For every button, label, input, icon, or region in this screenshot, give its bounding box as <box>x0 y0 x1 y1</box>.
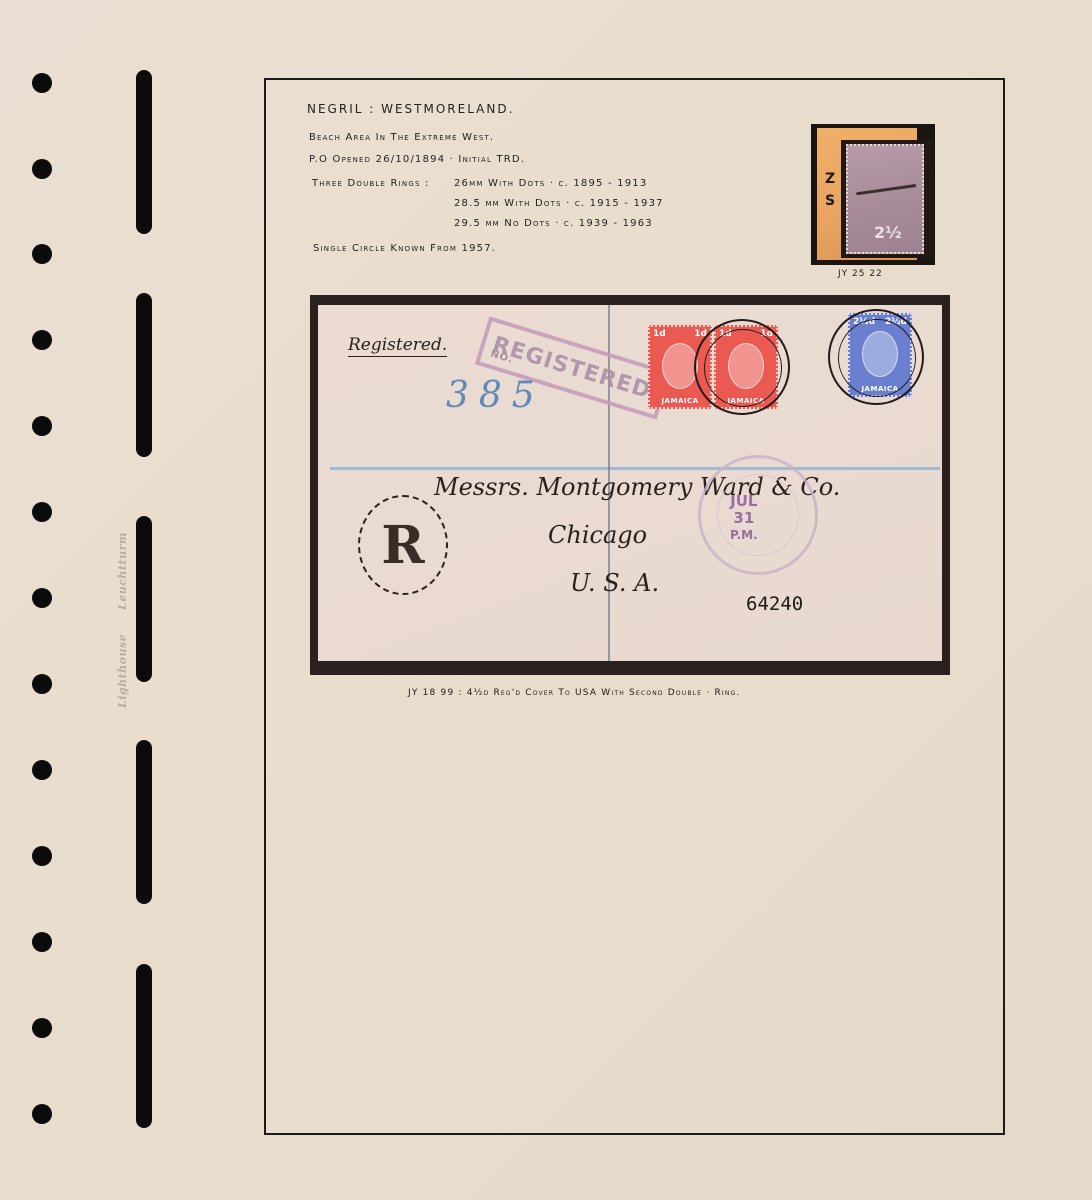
stamp-value: 1d <box>653 329 666 339</box>
binder-hole <box>32 1018 52 1038</box>
king-portrait <box>662 343 698 389</box>
receiving-date: JUL 31 P.M. <box>730 493 758 544</box>
ring-note: 26mm With Dots · c. 1895 - 1913 <box>454 178 647 189</box>
binder-hole <box>32 588 52 608</box>
note-line: Single Circle Known From 1957. <box>313 243 496 254</box>
page-title: NEGRIL : WESTMORELAND. <box>307 102 514 116</box>
cover-caption: JY 18 99 : 4½d Reg'd Cover To USA With S… <box>408 688 741 698</box>
registered-cover: Registered. NO. REGISTERED 385 1d 1d JAM… <box>318 305 942 661</box>
registered-handwriting: Registered. <box>348 335 447 357</box>
binder-hole <box>32 502 52 522</box>
note-line: P.O Opened 26/10/1894 · Initial TRD. <box>309 154 525 165</box>
binder-slot <box>136 70 152 234</box>
binder-hole <box>32 674 52 694</box>
note-line: Beach Area In The Extreme West. <box>309 132 494 143</box>
double-ring-postmark <box>694 319 790 415</box>
ring-note: 29.5 mm No Dots · c. 1939 - 1963 <box>454 218 653 229</box>
pen-cancel <box>856 184 920 222</box>
address-line: U. S. A. <box>570 569 659 597</box>
mauve-stamp-mount: 2½ <box>841 140 933 258</box>
binder-slot <box>136 964 152 1128</box>
mauve-stamp: 2½ <box>846 144 924 254</box>
binder-hole <box>32 244 52 264</box>
serial-number: 64240 <box>746 593 803 615</box>
double-ring-postmark <box>828 309 924 405</box>
receiving-postmark <box>698 455 818 575</box>
binder-hole <box>32 1104 52 1124</box>
brand-word: Leuchtturm <box>116 532 136 610</box>
recv-month: JUL <box>730 493 758 510</box>
binder-hole <box>32 330 52 350</box>
binder-slot <box>136 516 152 682</box>
ring-note: 28.5 mm With Dots · c. 1915 - 1937 <box>454 198 664 209</box>
stamp-country: JAMAICA <box>650 397 710 405</box>
registration-r-mark: R <box>358 495 448 595</box>
binder-hole <box>32 73 52 93</box>
stamp-value: 2½ <box>874 223 902 242</box>
recv-day: 31 <box>730 510 758 527</box>
binder-slot <box>136 293 152 457</box>
binder-hole <box>32 416 52 436</box>
stamp-mount: Z S 2½ <box>811 124 935 265</box>
blue-crayon-line <box>330 467 940 470</box>
note-line: Three Double Rings : <box>312 178 430 189</box>
cover-mount: Registered. NO. REGISTERED 385 1d 1d JAM… <box>310 295 950 675</box>
binder-slot <box>136 740 152 904</box>
recv-time: P.M. <box>730 527 758 544</box>
brand-word: Lighthouse <box>116 634 136 708</box>
binder-hole <box>32 846 52 866</box>
registration-number: 385 <box>446 375 545 416</box>
binder-hole <box>32 159 52 179</box>
binder-hole <box>32 932 52 952</box>
stamp-caption: JY 25 22 <box>838 269 883 279</box>
album-brand-label: Lighthouse Leuchtturm <box>116 520 136 720</box>
address-line: Chicago <box>548 521 647 549</box>
binder-hole <box>32 760 52 780</box>
